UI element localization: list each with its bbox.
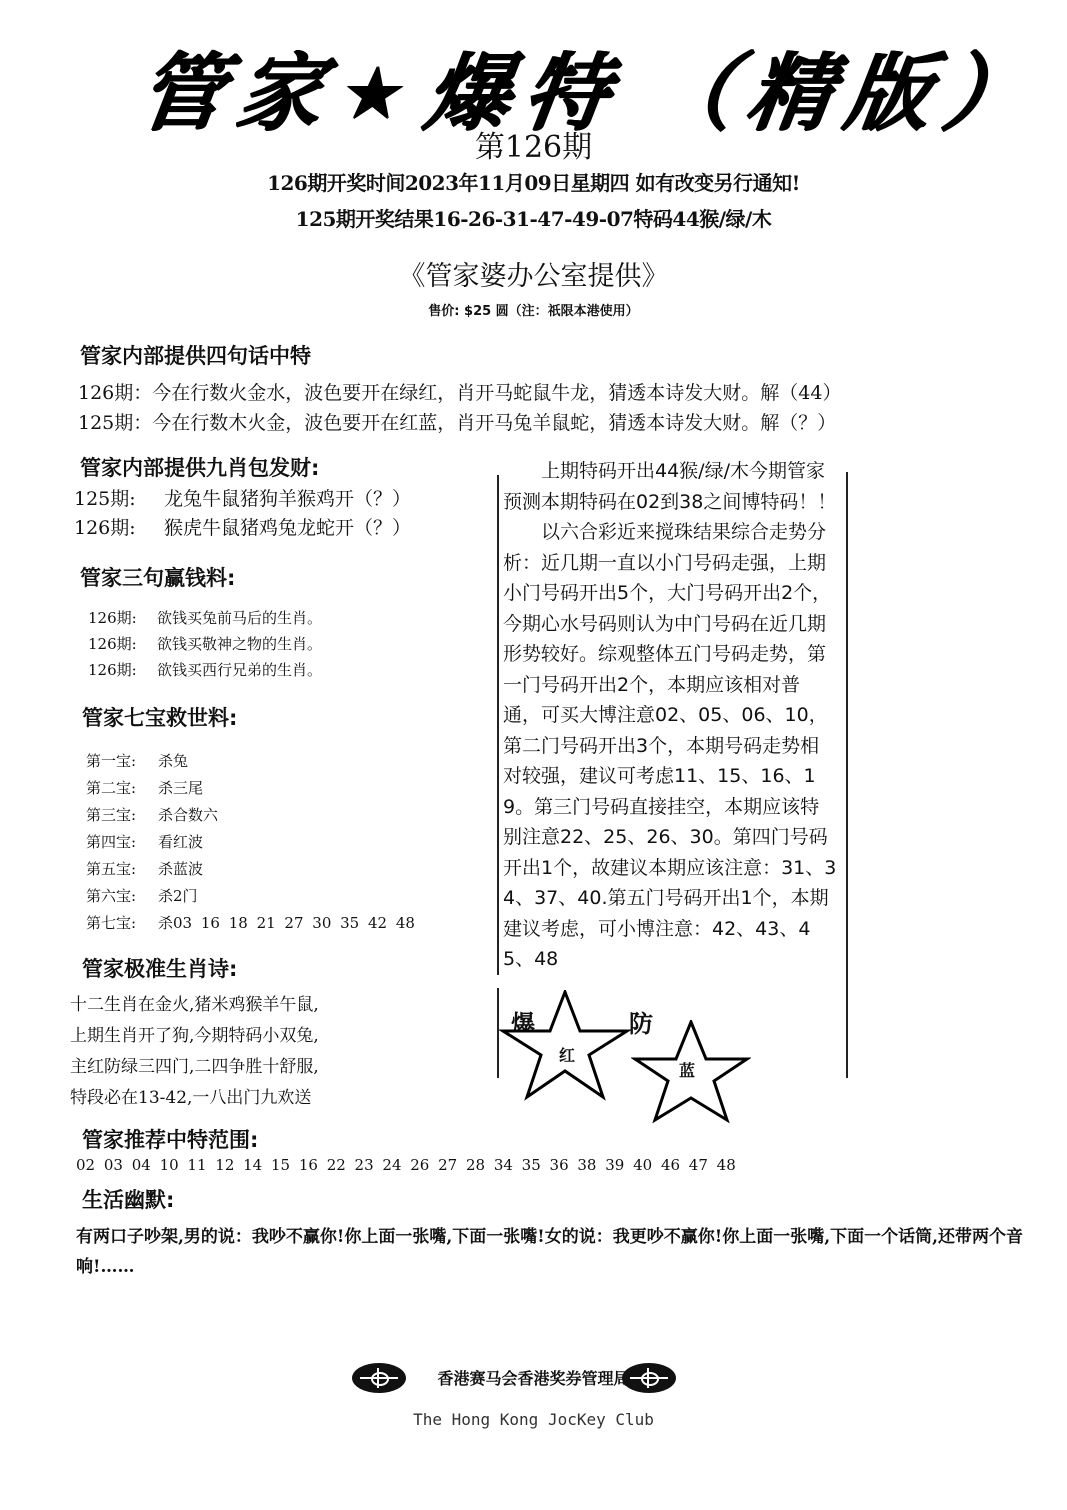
three-lines-period: 126期: [88,607,137,628]
treasure-label: 第五宝: [86,858,136,879]
treasure-label: 第一宝: [86,750,136,771]
treasure-label: 第七宝: [86,912,136,933]
last-result: 125期开奖结果16-26-31-47-49-07特码44猴/绿/木 [0,203,1067,232]
three-lines-period: 126期: [88,633,137,654]
section-title-seven-treasures: 管家七宝救世料: [82,702,237,732]
three-lines-period: 126期: [88,659,137,680]
treasure-text: 杀蓝波 [158,858,203,879]
treasure-text: 杀2门 [158,885,198,906]
nine-zodiac-text: 龙兔牛鼠猪狗羊猴鸡开（？） [164,484,411,511]
treasure-text: 杀兔 [158,750,188,771]
treasure-text: 看红波 [158,831,203,852]
three-lines-text: 欲钱买西行兄弟的生肖。 [157,659,322,680]
prediction-box: 上期特码开出44猴/绿/木今期管家预测本期特码在02到38之间博特码！！ 以六合… [497,472,847,1078]
section-title-nine-zodiac: 管家内部提供九肖包发财: [80,452,319,482]
three-lines-text: 欲钱买兔前马后的生肖。 [157,607,322,628]
treasure-label: 第二宝: [86,777,136,798]
range-numbers: 02 03 04 10 11 12 14 15 16 22 23 24 26 2… [76,1156,736,1174]
section-title-three-lines: 管家三句赢钱料: [80,562,235,592]
four-lines-row: 125期：今在行数木火金，波色要开在红蓝，肖开马兔羊鼠蛇，猜透本诗发大财。解（？… [78,408,836,435]
prediction-paragraph-1: 上期特码开出44猴/绿/木今期管家预测本期特码在02到38之间博特码！！ [503,456,837,517]
poem-line: 上期生肖开了狗,今期特码小双兔, [70,1021,319,1046]
section-title-poem: 管家极准生肖诗: [82,953,237,983]
section-title-range: 管家推荐中特范围: [82,1124,258,1154]
jockey-club-logo-right [622,1363,676,1393]
treasure-label: 第三宝: [86,804,136,825]
footer-en: The Hong Kong JocKey Club [0,1410,1067,1429]
section-title-humor: 生活幽默: [82,1184,174,1214]
treasure-label: 第六宝: [86,885,136,906]
draw-time: 126期开奖时间2023年11月09日星期四 如有改变另行通知! [0,167,1067,196]
treasure-text: 杀三尾 [158,777,203,798]
treasure-label: 第四宝: [86,831,136,852]
three-lines-text: 欲钱买敬神之物的生肖。 [157,633,322,654]
treasure-text: 杀03 16 18 21 27 30 35 42 48 [158,912,415,933]
section-title-four-lines: 管家内部提供四句话中特 [80,340,311,370]
provider: 《管家婆办公室提供》 [0,254,1067,293]
issue-number: 第126期 [0,122,1067,166]
poem-line: 十二生肖在金火,猪米鸡猴羊午鼠, [70,990,319,1015]
four-lines-row: 126期：今在行数火金水，波色要开在绿红，肖开马蛇鼠牛龙，猜透本诗发大财。解（4… [78,378,841,405]
poem-line: 特段必在13-42,一八出门九欢送 [70,1083,311,1108]
nine-zodiac-period: 126期: [74,513,136,540]
prediction-text: 上期特码开出44猴/绿/木今期管家预测本期特码在02到38之间博特码！！ 以六合… [503,456,837,975]
nine-zodiac-period: 125期: [74,484,136,511]
star1-text: 红 [559,1043,575,1066]
poem-line: 主红防绿三四门,二四争胜十舒服, [70,1052,319,1077]
box-border-left [497,475,499,975]
prediction-paragraph-2: 以六合彩近来搅珠结果综合走势分析：近几期一直以小门号码走强，上期小门号码开出5个… [503,517,837,975]
star2-text: 蓝 [679,1058,695,1081]
price: 售价: $25 圆（注：祇限本港使用） [0,300,1067,319]
treasure-text: 杀合数六 [158,804,218,825]
box-border-right [846,472,848,1078]
humor-text: 有两口子吵架,男的说：我吵不赢你!你上面一张嘴,下面一张嘴!女的说：我更吵不赢你… [76,1222,1026,1282]
nine-zodiac-text: 猴虎牛鼠猪鸡兔龙蛇开（？） [164,513,411,540]
footer-cn: 香港赛马会香港奖券管理局 [0,1366,1067,1389]
